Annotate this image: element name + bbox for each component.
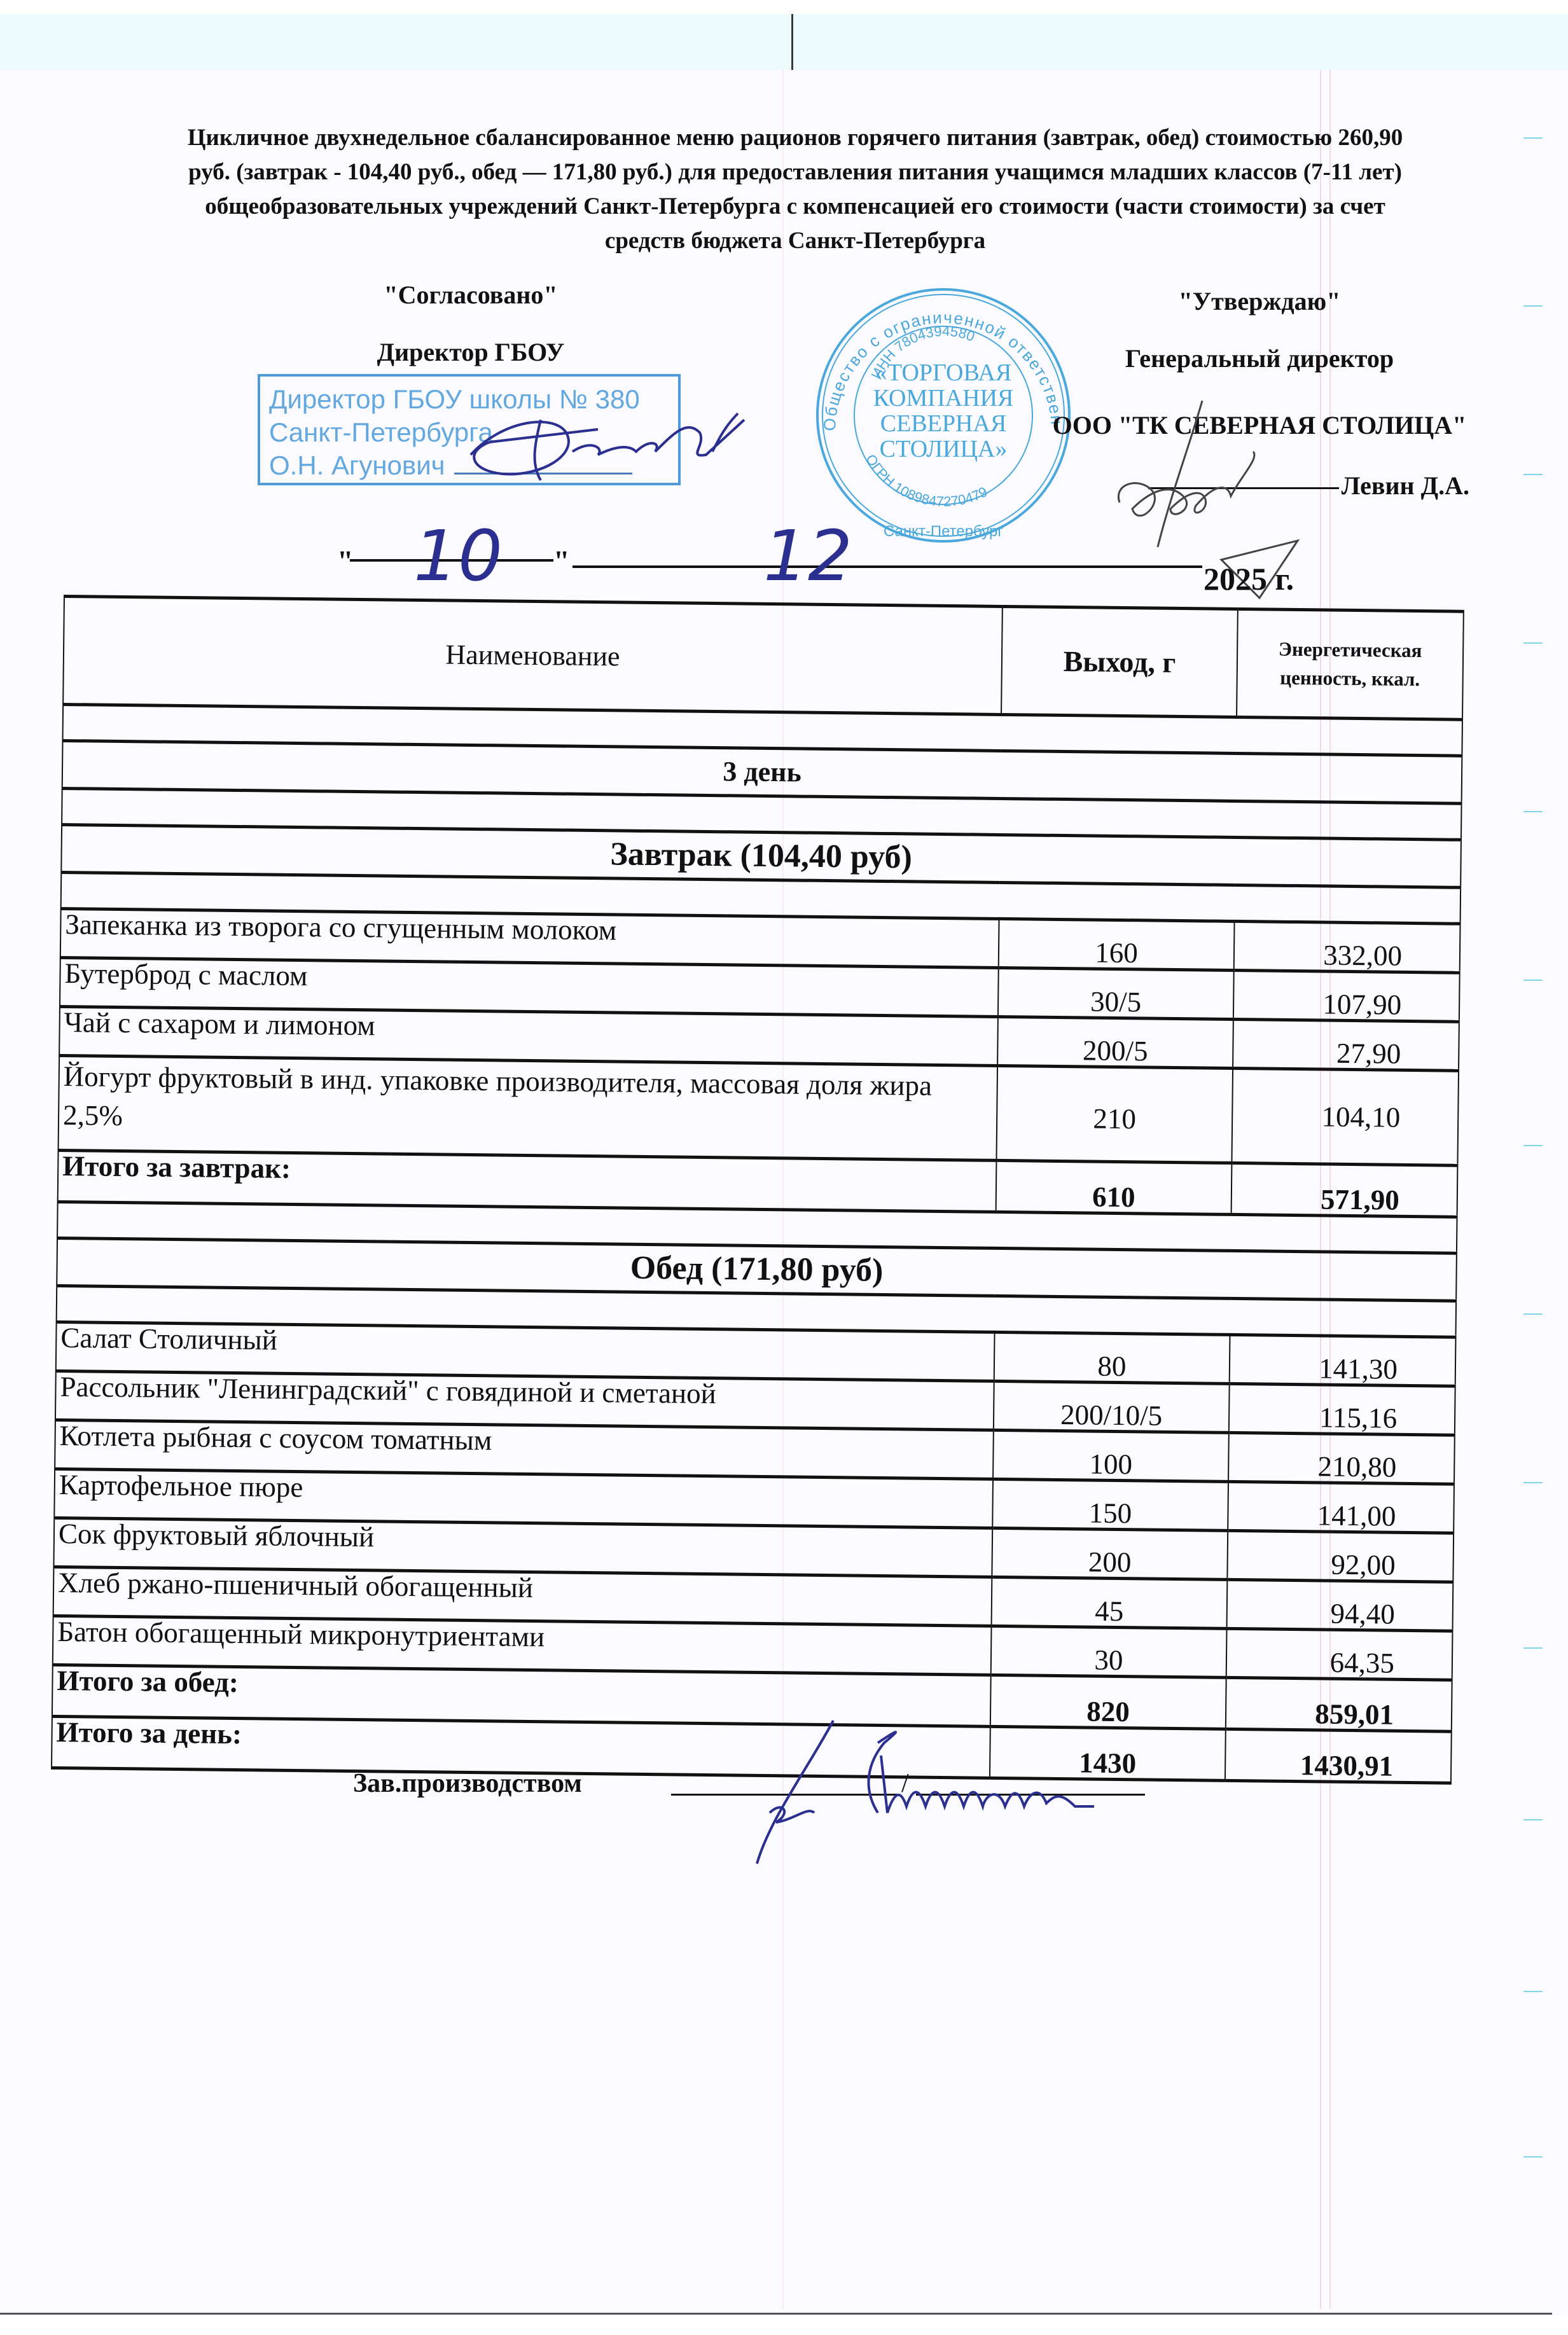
dish-kcal: 64,35 [1226, 1628, 1453, 1680]
scan-margin [0, 0, 1568, 14]
stamp-center-line: «ТОРГОВАЯ [875, 359, 1012, 386]
dish-kcal: 141,00 [1228, 1481, 1454, 1533]
dish-kcal: 94,40 [1227, 1579, 1454, 1631]
dish-yield: 210 [996, 1065, 1233, 1163]
title-line: руб. (завтрак - 104,40 руб., обед — 171,… [73, 155, 1517, 190]
header-energy-line: ценность, ккал. [1280, 666, 1420, 689]
edge-mark [1523, 1482, 1543, 1483]
date-month-handwritten: 12 [763, 515, 852, 597]
dish-kcal: 115,16 [1229, 1383, 1455, 1435]
dish-name: Йогурт фруктовый в инд. упаковке произво… [59, 1055, 998, 1160]
dish-yield: 200 [992, 1528, 1228, 1579]
dish-yield: 200/5 [997, 1016, 1233, 1068]
approval-approve-signatory: Левин Д.А. [1342, 471, 1469, 500]
date-day-handwritten: 10 [413, 515, 503, 597]
approval-agreed-heading: "Согласовано" [267, 280, 674, 337]
approval-approve-heading: "Утверждаю" [1030, 286, 1488, 316]
header-energy: Энергетическаяценность, ккал. [1237, 609, 1464, 719]
dish-yield: 30/5 [998, 967, 1234, 1019]
date-month-blank [572, 559, 1202, 568]
dish-yield: 200/10/5 [994, 1381, 1230, 1432]
dish-kcal: 104,10 [1232, 1068, 1459, 1165]
edge-mark [1523, 305, 1543, 307]
edge-mark [1523, 980, 1543, 981]
edge-mark [1523, 474, 1543, 475]
dish-kcal: 107,90 [1233, 970, 1460, 1022]
fold-mark [791, 14, 793, 70]
scan-margin [0, 2315, 1568, 2335]
dish-kcal: 27,90 [1233, 1019, 1459, 1070]
title-line: средств бюджета Санкт-Петербурга [73, 224, 1517, 258]
approval-approve-position: Генеральный директор [1030, 343, 1488, 373]
director-signature-icon [445, 394, 801, 496]
production-manager-signature: Зав.производством / [353, 1768, 582, 1799]
date-year: 2025 г. [1204, 560, 1294, 597]
date-quote-close: " [553, 544, 570, 578]
stamp-center-line: СЕВЕРНАЯ [880, 410, 1006, 437]
title-line: Цикличное двухнедельное сбалансированное… [73, 121, 1517, 155]
stamp-city: Санкт-Петербург [884, 523, 1003, 540]
edge-mark [1523, 1145, 1543, 1146]
edge-mark [1523, 811, 1543, 812]
title-line: общеобразовательных учреждений Санкт-Пет… [73, 190, 1517, 224]
stamp-center-line: КОМПАНИЯ [873, 385, 1014, 412]
total-kcal: 571,90 [1232, 1163, 1458, 1217]
stamp-center-line: СТОЛИЦА» [880, 436, 1008, 462]
dish-kcal: 332,00 [1234, 921, 1460, 973]
scan-bottom-edge [0, 2313, 1552, 2315]
dish-kcal: 210,80 [1228, 1432, 1455, 1484]
dish-yield: 30 [991, 1626, 1227, 1677]
table-header-row: Наименование Выход, г Энергетическаяценн… [63, 597, 1464, 720]
scan-tint-band [0, 14, 1568, 70]
header-name: Наименование [63, 597, 1003, 715]
document-title: Цикличное двухнедельное сбалансированное… [73, 121, 1517, 258]
menu-table: Наименование Выход, г Энергетическаяценн… [51, 595, 1464, 1785]
edge-mark [1523, 1647, 1543, 1649]
edge-mark [1523, 2156, 1543, 2158]
edge-mark [1523, 1819, 1543, 1820]
production-manager-label: Зав.производством [353, 1769, 582, 1798]
header-yield: Выход, г [1001, 606, 1238, 717]
header-energy-line: Энергетическая [1279, 637, 1422, 661]
total-yield: 610 [996, 1160, 1232, 1214]
dish-yield: 150 [992, 1479, 1228, 1530]
edge-mark [1523, 1313, 1543, 1315]
edge-mark [1523, 137, 1543, 139]
dish-kcal: 141,30 [1230, 1334, 1456, 1386]
dish-yield: 80 [994, 1332, 1230, 1383]
edge-mark [1523, 1991, 1543, 1992]
dish-yield: 100 [993, 1430, 1229, 1481]
stamp-line: О.Н. Агунович [269, 450, 445, 480]
edge-mark [1523, 642, 1543, 644]
dish-yield: 160 [999, 918, 1235, 970]
production-manager-signature-icon [732, 1717, 1304, 1883]
dish-yield: 45 [992, 1577, 1228, 1628]
table-row: Йогурт фруктовый в инд. упаковке произво… [59, 1055, 1459, 1165]
dish-kcal: 92,00 [1227, 1530, 1454, 1582]
